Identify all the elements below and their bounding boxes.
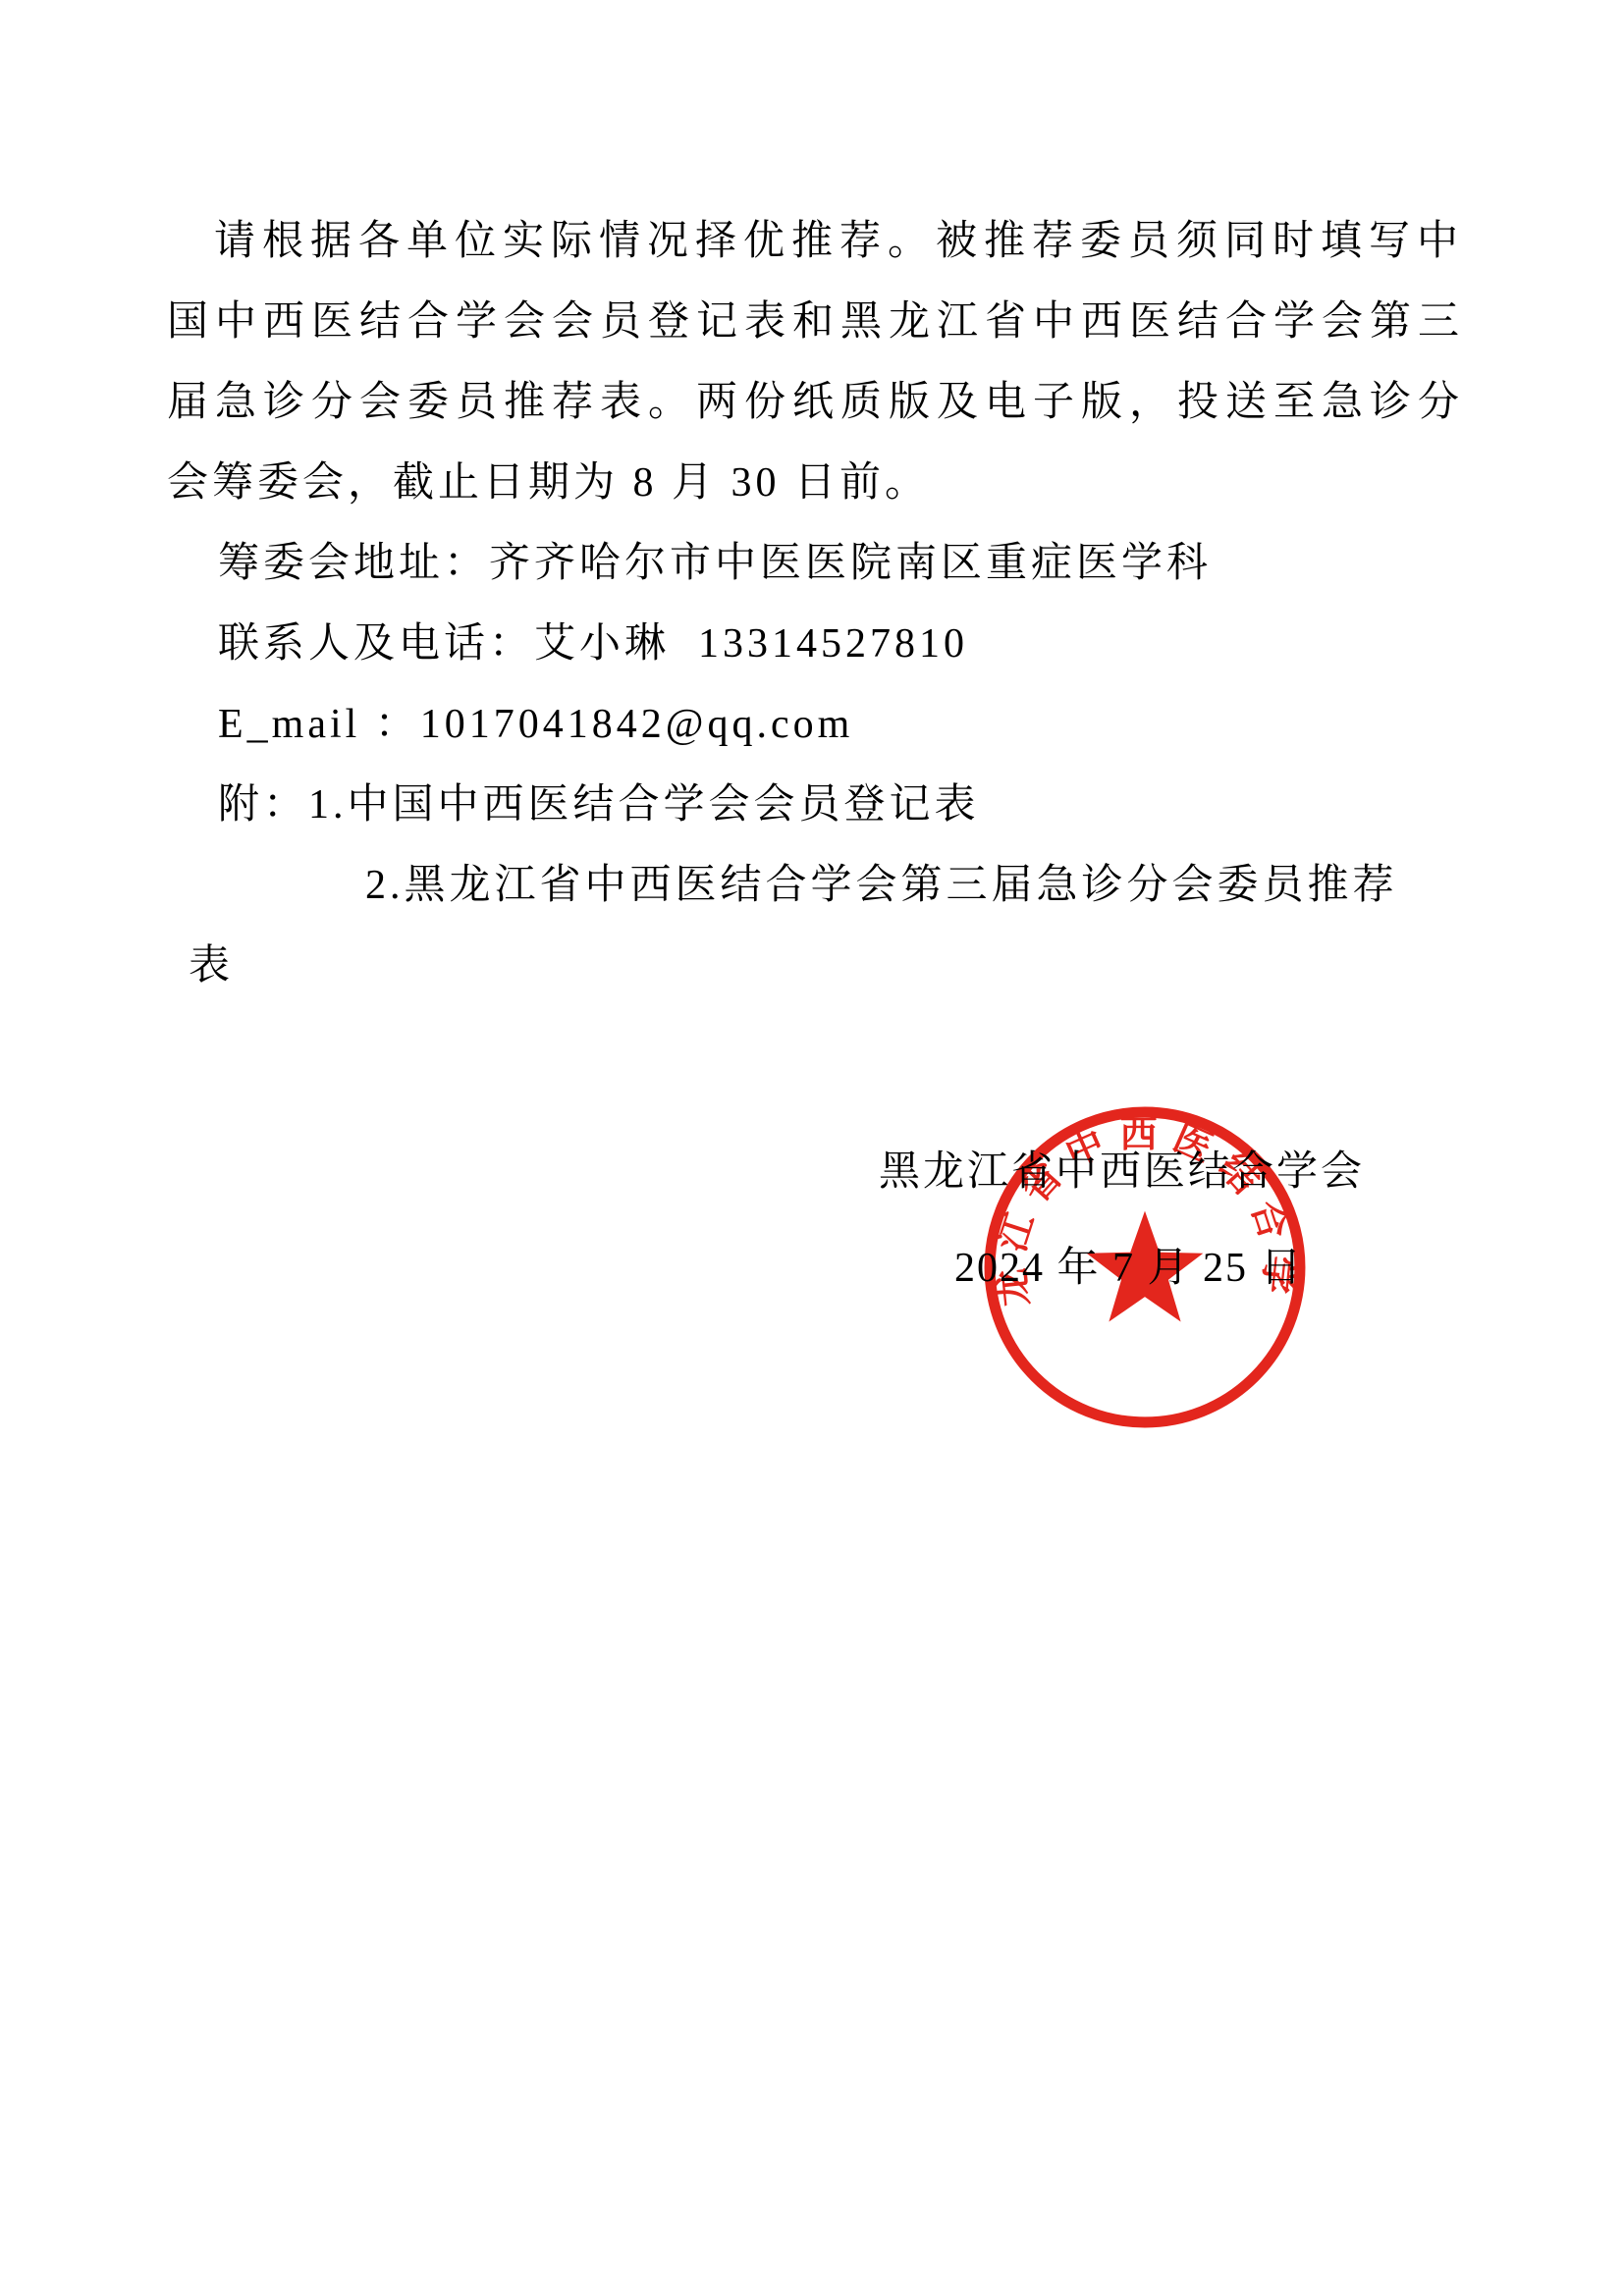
contact-line: 联系人及电话：艾小琳 13314527810	[167, 604, 1483, 684]
document-page: 请根据各单位实际情况择优推荐。被推荐委员须同时填写中 国中西医结合学会会员登记表…	[0, 0, 1624, 2296]
attachment-line-wrap: 表	[167, 926, 1483, 1006]
body-line: 会筹委会，截止日期为 8 月 30 日前。	[167, 443, 1483, 523]
official-seal: 黑龙江省中西医结合学会	[977, 1099, 1313, 1435]
seal-star-icon	[1087, 1211, 1204, 1322]
address-line: 筹委会地址：齐齐哈尔市中医医院南区重症医学科	[167, 523, 1483, 604]
body-line: 请根据各单位实际情况择优推荐。被推荐委员须同时填写中	[167, 201, 1483, 282]
body-line: 国中西医结合学会会员登记表和黑龙江省中西医结合学会第三	[167, 282, 1483, 362]
email-line: E_mail ：1017041842@qq.com	[167, 684, 1483, 765]
body-line: 届急诊分会委员推荐表。两份纸质版及电子版，投送至急诊分	[167, 362, 1483, 443]
document-body: 请根据各单位实际情况择优推荐。被推荐委员须同时填写中 国中西医结合学会会员登记表…	[167, 201, 1483, 1006]
attachment-line-2: 2.黑龙江省中西医结合学会第三届急诊分会委员推荐	[167, 845, 1483, 926]
attachment-line-1: 附：1.中国中西医结合学会会员登记表	[167, 765, 1483, 845]
